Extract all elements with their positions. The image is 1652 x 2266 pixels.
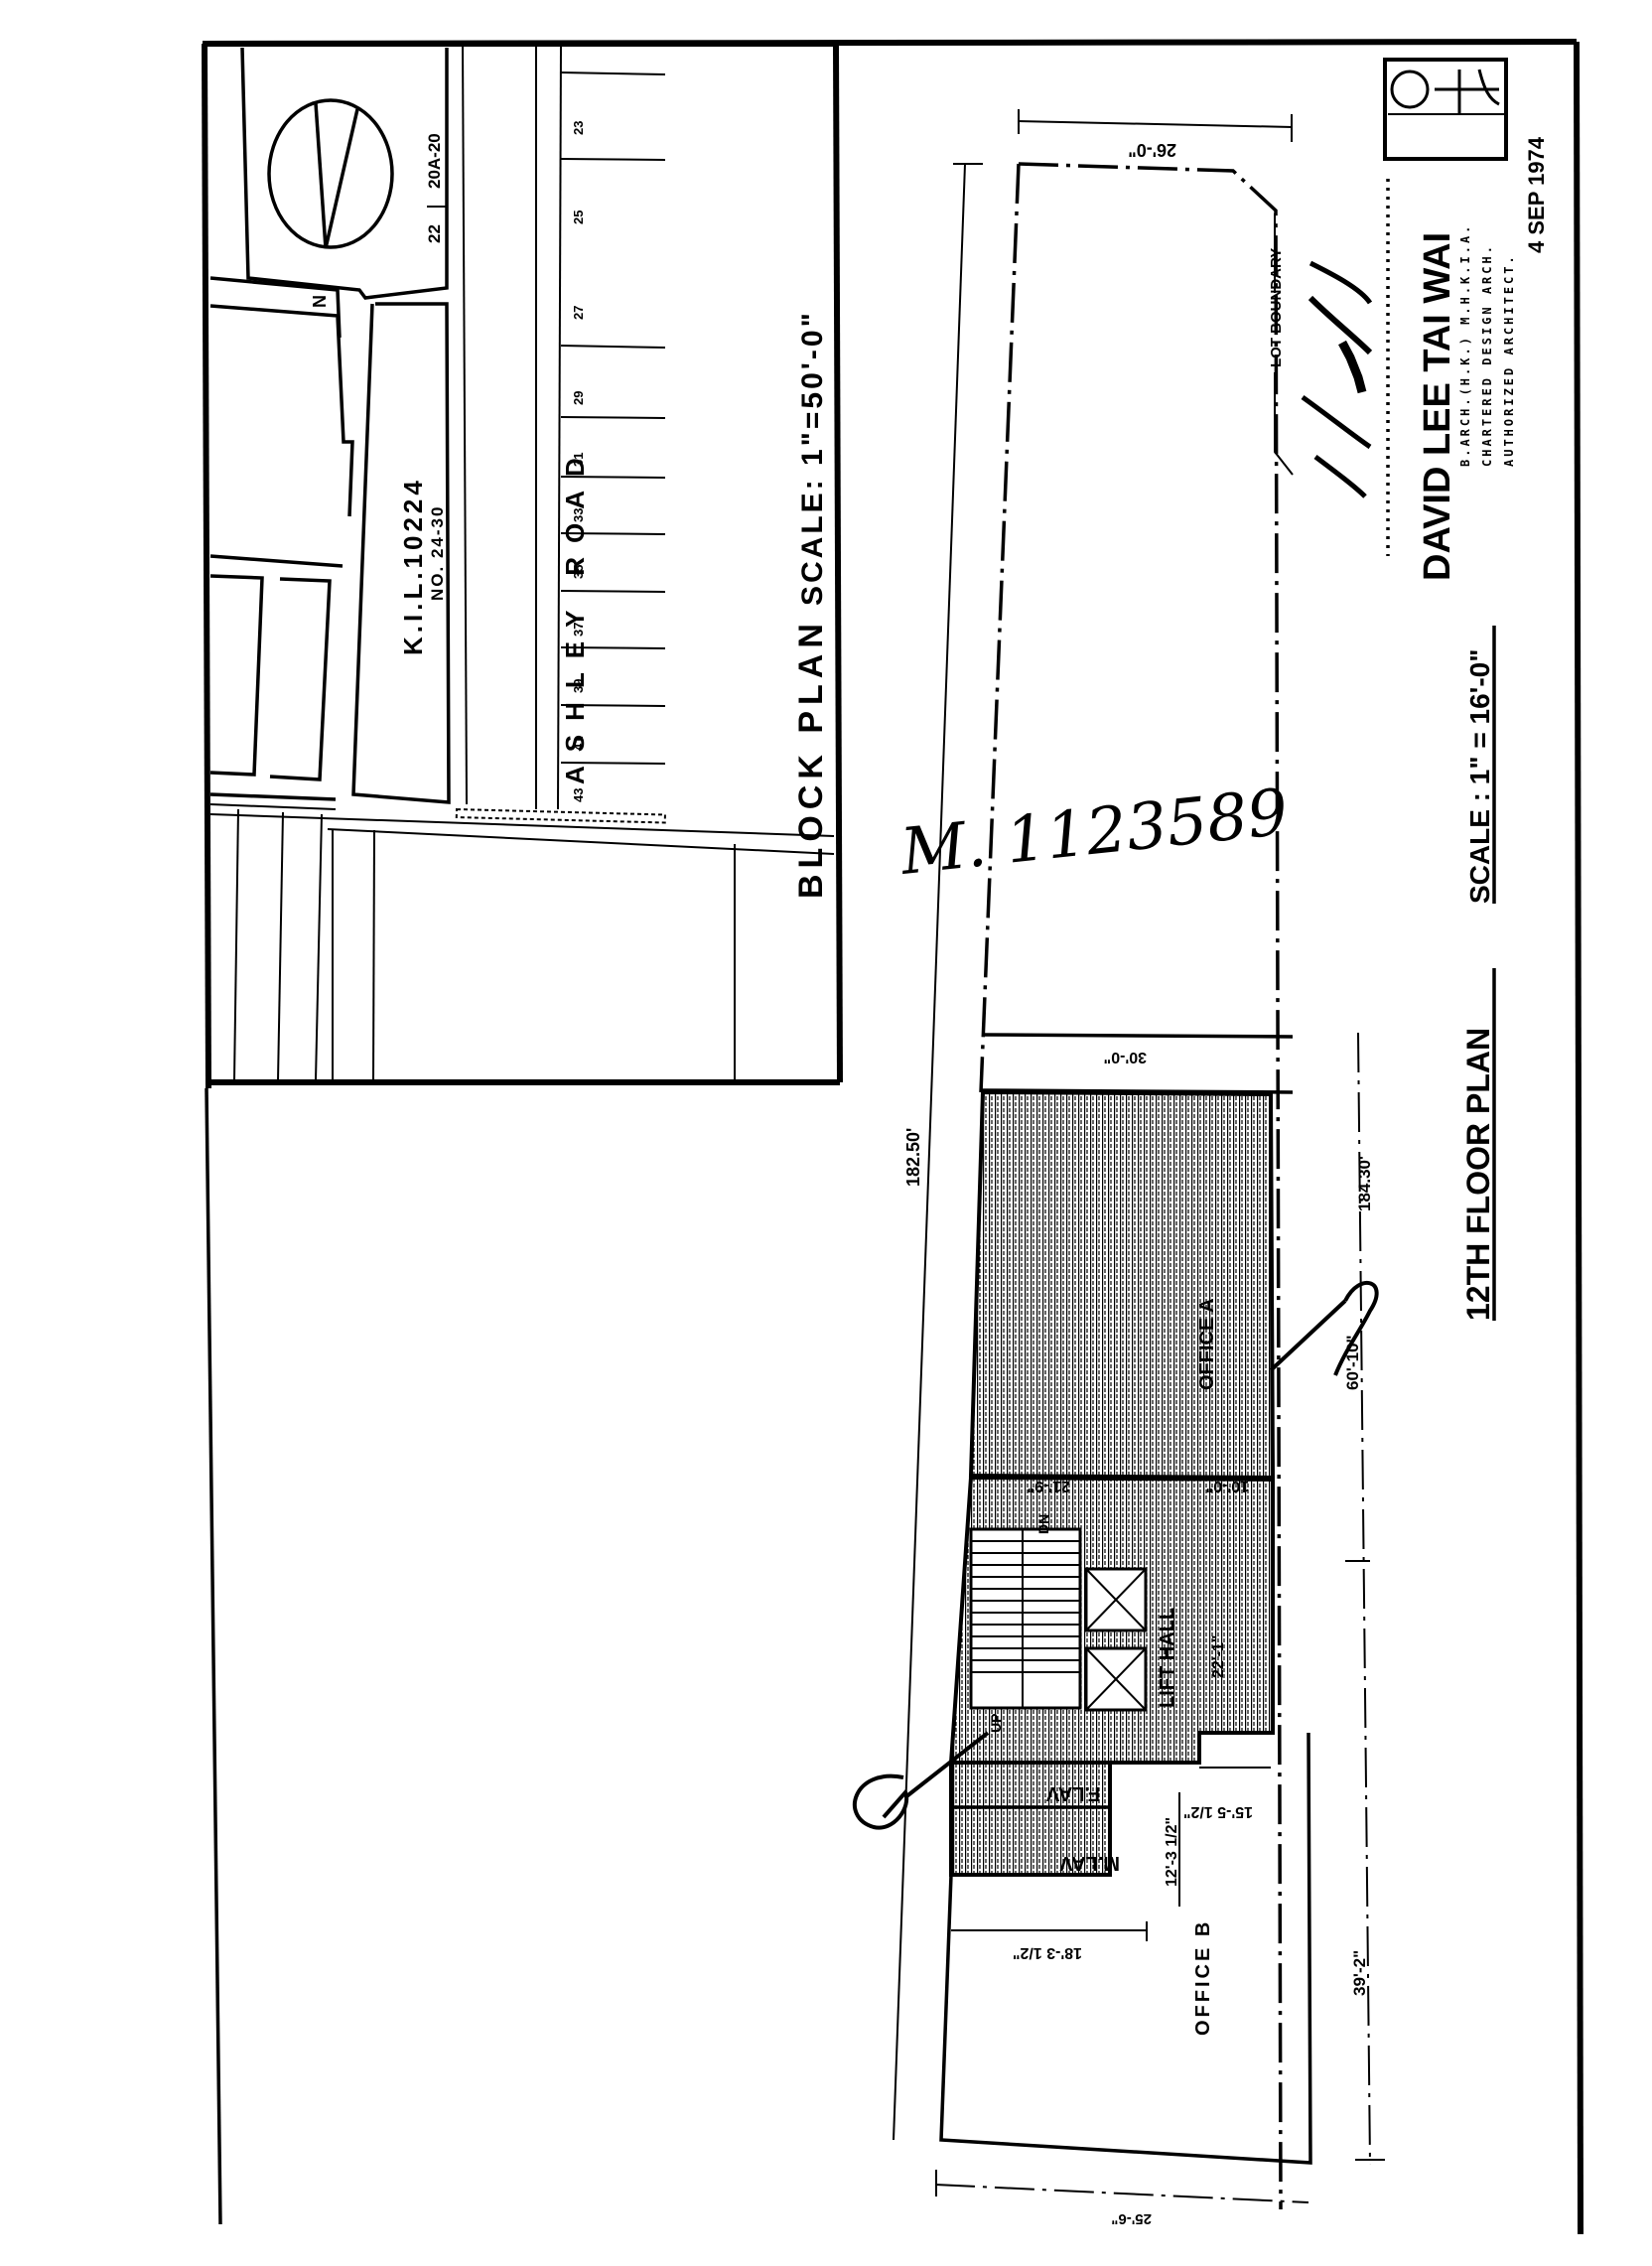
architect-signature (1303, 263, 1370, 496)
dim-office-b-length: 39'-2" (1350, 1950, 1369, 1996)
street-number: 25 (571, 211, 586, 224)
drawing-date: 4 SEP 1974 (1524, 136, 1549, 253)
handwritten-reference: M. 1123589 (896, 776, 1292, 890)
dim-office-b-width: 18'-3 1/2" (1013, 1944, 1082, 1961)
street-number: 43 (571, 788, 586, 802)
dim-right-length: 184.30' (1355, 1156, 1374, 1211)
office-a: OFFICE A (971, 1092, 1273, 1478)
lot-boundary-label: LOT BOUNDARY (1268, 248, 1285, 367)
credential-line-3: AUTHORIZED ARCHITECT. (1502, 253, 1516, 467)
stair-up-label: UP (988, 1714, 1004, 1733)
credential-line-2: CHARTERED DESIGN ARCH. (1480, 243, 1494, 467)
architect-name: DAVID LEE TAI WAI (1417, 232, 1458, 581)
f-lav-label: F.LAV (1045, 1782, 1100, 1804)
north-compass: N (242, 48, 447, 308)
credential-line-1: B.ARCH.(H.K.) M.H.K.I.A. (1458, 223, 1472, 467)
block-plan: N 22 20A-20 K.I.L.10224 NO. 24-30 ASHLEY… (205, 44, 840, 1082)
dim-bottom-width: 25'-6" (1111, 2210, 1152, 2227)
road-name: ASHLEY ROAD (560, 444, 590, 784)
floor-plan-scale: SCALE : 1" = 16'-0" (1464, 648, 1495, 904)
street-number: 27 (571, 306, 586, 320)
sheet-border (203, 42, 1581, 2234)
street-number: 23 (571, 121, 586, 135)
street-number: 29 (571, 391, 586, 405)
corner-lot-20a: 20A-20 (425, 133, 444, 189)
block-plan-scale: SCALE: 1"=50'-0" (796, 310, 829, 606)
street-number: 33 (571, 508, 586, 522)
block-plan-title: BLOCK PLAN (792, 618, 830, 899)
dim-mid-width: 30'-0" (1104, 1049, 1147, 1065)
office-b-label: OFFICE B (1192, 1919, 1214, 2036)
street-number: 41 (571, 737, 586, 751)
architect-stamp: STAMP (1385, 60, 1506, 159)
street-number: 39 (571, 679, 586, 693)
stair-dn-label: DN (1035, 1514, 1051, 1534)
lot-numbers: NO. 24-30 (428, 505, 447, 601)
title-block: STAMP DAVID LEE TAI WAI B.ARCH.(H.K.) M.… (1303, 60, 1549, 581)
street-number: 31 (571, 453, 586, 467)
corner-lot-22: 22 (425, 224, 444, 243)
dim-lav-depth: 12'-3 1/2" (1164, 1817, 1180, 1887)
lavatories: F.LAV M.LAV 15'-5 1/2" 12'-3 1/2" (951, 1763, 1271, 1907)
dim-lav-width: 15'-5 1/2" (1183, 1803, 1253, 1820)
floor-plan-title: 12TH FLOOR PLAN (1460, 1028, 1496, 1321)
m-lav-label: M.LAV (1059, 1852, 1120, 1874)
dim-core-depth: 10'-0" (1206, 1478, 1249, 1494)
drawing-sheet: N 22 20A-20 K.I.L.10224 NO. 24-30 ASHLEY… (0, 0, 1652, 2266)
dim-top-width: 26'-0" (1128, 140, 1176, 160)
floor-plan: 182.50' 26'-0" LOT BOUNDARY 30'-0" OFFIC… (855, 109, 1496, 2227)
north-label: N (310, 295, 330, 308)
dim-lift-hall: 22'-1" (1210, 1635, 1227, 1678)
lot-kil-10224: K.I.L.10224 NO. 24-30 (353, 304, 449, 802)
dim-left-length: 182.50' (903, 1128, 923, 1187)
stair: DN UP (971, 1514, 1080, 1733)
service-core: 21'-9" 10'-0" DN UP (951, 1478, 1273, 1763)
street-number: 35 (571, 565, 586, 579)
street-number: 37 (571, 623, 586, 637)
lift-hall-label: LIFT HALL (1157, 1608, 1178, 1708)
dim-core-width: 21'-9" (1028, 1478, 1070, 1494)
lot-label: K.I.L.10224 (398, 477, 428, 655)
office-a-label: OFFICE A (1196, 1298, 1218, 1390)
